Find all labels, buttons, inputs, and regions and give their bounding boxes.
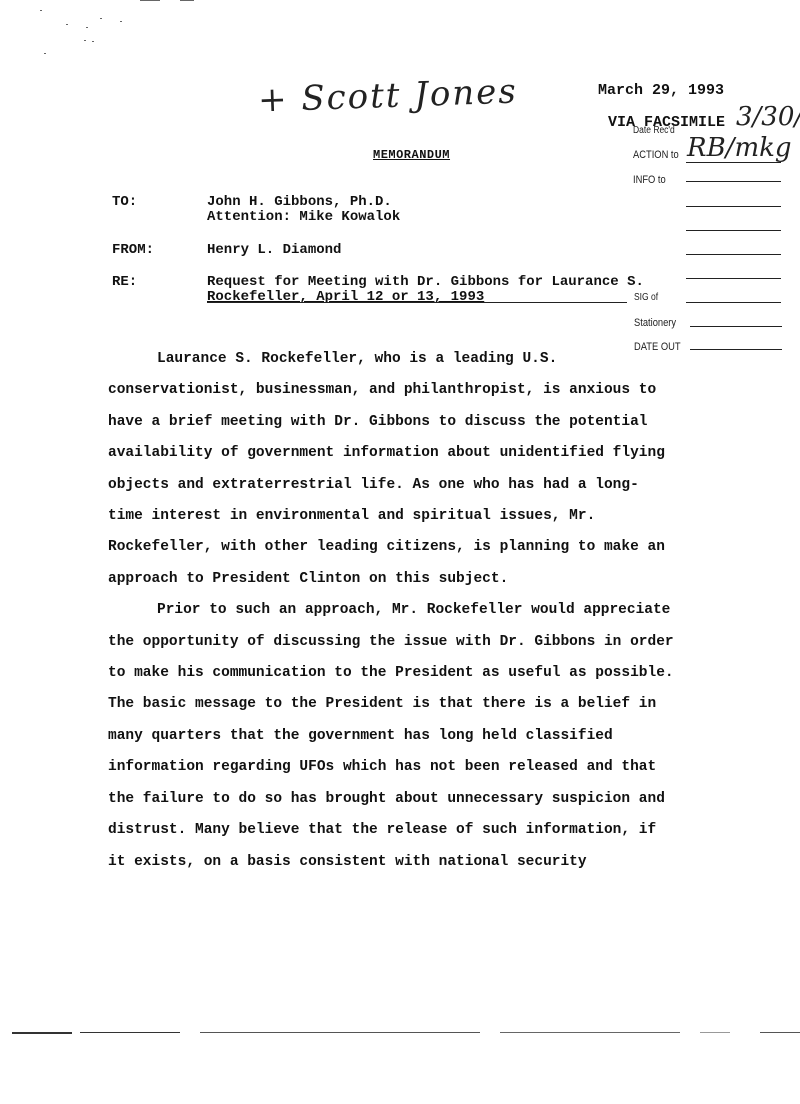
body-line: Prior to such an approach, Mr. Rockefell… bbox=[108, 595, 748, 626]
action-value: RB/mkg bbox=[687, 133, 792, 163]
body-line: have a brief meeting with Dr. Gibbons to… bbox=[108, 407, 748, 438]
handwritten-note: + Scott Jones bbox=[257, 71, 518, 120]
body-line: conservationist, businessman, and philan… bbox=[108, 375, 748, 406]
blank-rule-4 bbox=[686, 278, 781, 279]
blank-rule-2 bbox=[686, 230, 781, 231]
action-rule bbox=[686, 162, 781, 163]
stationery-rule bbox=[690, 326, 782, 327]
re-label: RE: bbox=[112, 274, 137, 290]
from-value: Henry L. Diamond bbox=[207, 242, 341, 258]
memo-date: March 29, 1993 bbox=[598, 82, 724, 99]
body-line: approach to President Clinton on this su… bbox=[108, 564, 748, 595]
memo-body: Laurance S. Rockefeller, who is a leadin… bbox=[108, 344, 748, 878]
body-line: the failure to do so has brought about u… bbox=[108, 784, 748, 815]
sig-label: SIG of bbox=[634, 292, 658, 303]
blank-rule-3 bbox=[686, 254, 781, 255]
info-rule bbox=[686, 181, 781, 182]
date-received-label: Date Rec'd bbox=[633, 125, 675, 136]
attention-value: Attention: Mike Kowalok bbox=[207, 209, 400, 225]
info-label: INFO to bbox=[633, 174, 666, 186]
body-line: distrust. Many believe that the release … bbox=[108, 815, 748, 846]
to-value: John H. Gibbons, Ph.D. bbox=[207, 194, 392, 210]
body-line: objects and extraterrestrial life. As on… bbox=[108, 470, 748, 501]
re-underline bbox=[207, 302, 627, 303]
body-line: to make his communication to the Preside… bbox=[108, 658, 748, 689]
body-line: the opportunity of discussing the issue … bbox=[108, 627, 748, 658]
body-line: The basic message to the President is th… bbox=[108, 689, 748, 720]
body-line: Rockefeller, with other leading citizens… bbox=[108, 532, 748, 563]
memo-title: MEMORANDUM bbox=[373, 148, 450, 162]
blank-rule-1 bbox=[686, 206, 781, 207]
to-label: TO: bbox=[112, 194, 137, 210]
body-line: information regarding UFOs which has not… bbox=[108, 752, 748, 783]
stationery-label: Stationery bbox=[634, 317, 676, 329]
body-line: Laurance S. Rockefeller, who is a leadin… bbox=[108, 344, 748, 375]
body-line: it exists, on a basis consistent with na… bbox=[108, 847, 748, 878]
from-label: FROM: bbox=[112, 242, 154, 258]
body-line: time interest in environmental and spiri… bbox=[108, 501, 748, 532]
sig-rule bbox=[686, 302, 781, 303]
body-line: availability of government information a… bbox=[108, 438, 748, 469]
body-line: many quarters that the government has lo… bbox=[108, 721, 748, 752]
re-line-1: Request for Meeting with Dr. Gibbons for… bbox=[207, 274, 644, 290]
action-label: ACTION to bbox=[633, 149, 679, 161]
date-received-value: 3/30/9 bbox=[736, 102, 800, 132]
